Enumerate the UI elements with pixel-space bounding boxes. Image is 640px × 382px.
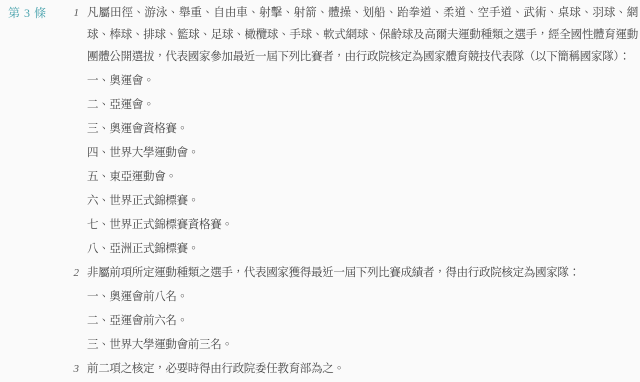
list-item: 三、奧運會資格賽。	[87, 118, 638, 140]
article-number-link[interactable]: 第 3 條	[8, 2, 62, 24]
list-item: 一、奧運會前八名。	[87, 286, 638, 308]
paragraph-body: 前二項之核定，必要時得由行政院委任教育部為之。	[87, 358, 638, 380]
list-item: 一、奧運會。	[87, 70, 638, 92]
list-item: 七、世界正式錦標賽資格賽。	[87, 214, 638, 236]
article-block: 第 3 條 1 凡屬田徑、游泳、舉重、自由車、射擊、射箭、體操、划船、跆拳道、柔…	[8, 2, 638, 380]
paragraph-3: 3 前二項之核定，必要時得由行政院委任教育部為之。	[62, 358, 638, 380]
article-paragraphs: 1 凡屬田徑、游泳、舉重、自由車、射擊、射箭、體操、划船、跆拳道、柔道、空手道、…	[62, 2, 638, 380]
list-item: 三、世界大學運動會前三名。	[87, 334, 638, 356]
list-item: 六、世界正式錦標賽。	[87, 190, 638, 212]
law-article-page: 第 3 條 1 凡屬田徑、游泳、舉重、自由車、射擊、射箭、體操、划船、跆拳道、柔…	[0, 0, 640, 382]
paragraph-text: 前二項之核定，必要時得由行政院委任教育部為之。	[87, 358, 638, 380]
paragraph-1: 1 凡屬田徑、游泳、舉重、自由車、射擊、射箭、體操、划船、跆拳道、柔道、空手道、…	[62, 2, 638, 260]
paragraph-number: 2	[62, 262, 79, 284]
list-item: 八、亞洲正式錦標賽。	[87, 238, 638, 260]
paragraph-2: 2 非屬前項所定運動種類之選手，代表國家獲得最近一屆下列比賽成績者，得由行政院核…	[62, 262, 638, 356]
list-item: 五、東亞運動會。	[87, 166, 638, 188]
list-item: 二、亞運會。	[87, 94, 638, 116]
list-item: 二、亞運會前六名。	[87, 310, 638, 332]
paragraph-body: 凡屬田徑、游泳、舉重、自由車、射擊、射箭、體操、划船、跆拳道、柔道、空手道、武術…	[87, 2, 638, 260]
paragraph-number: 3	[62, 358, 79, 380]
paragraph-body: 非屬前項所定運動種類之選手，代表國家獲得最近一屆下列比賽成績者，得由行政院核定為…	[87, 262, 638, 356]
paragraph-number: 1	[62, 2, 79, 24]
paragraph-text: 非屬前項所定運動種類之選手，代表國家獲得最近一屆下列比賽成績者，得由行政院核定為…	[87, 262, 638, 284]
paragraph-text: 凡屬田徑、游泳、舉重、自由車、射擊、射箭、體操、划船、跆拳道、柔道、空手道、武術…	[87, 2, 638, 68]
list-item: 四、世界大學運動會。	[87, 142, 638, 164]
